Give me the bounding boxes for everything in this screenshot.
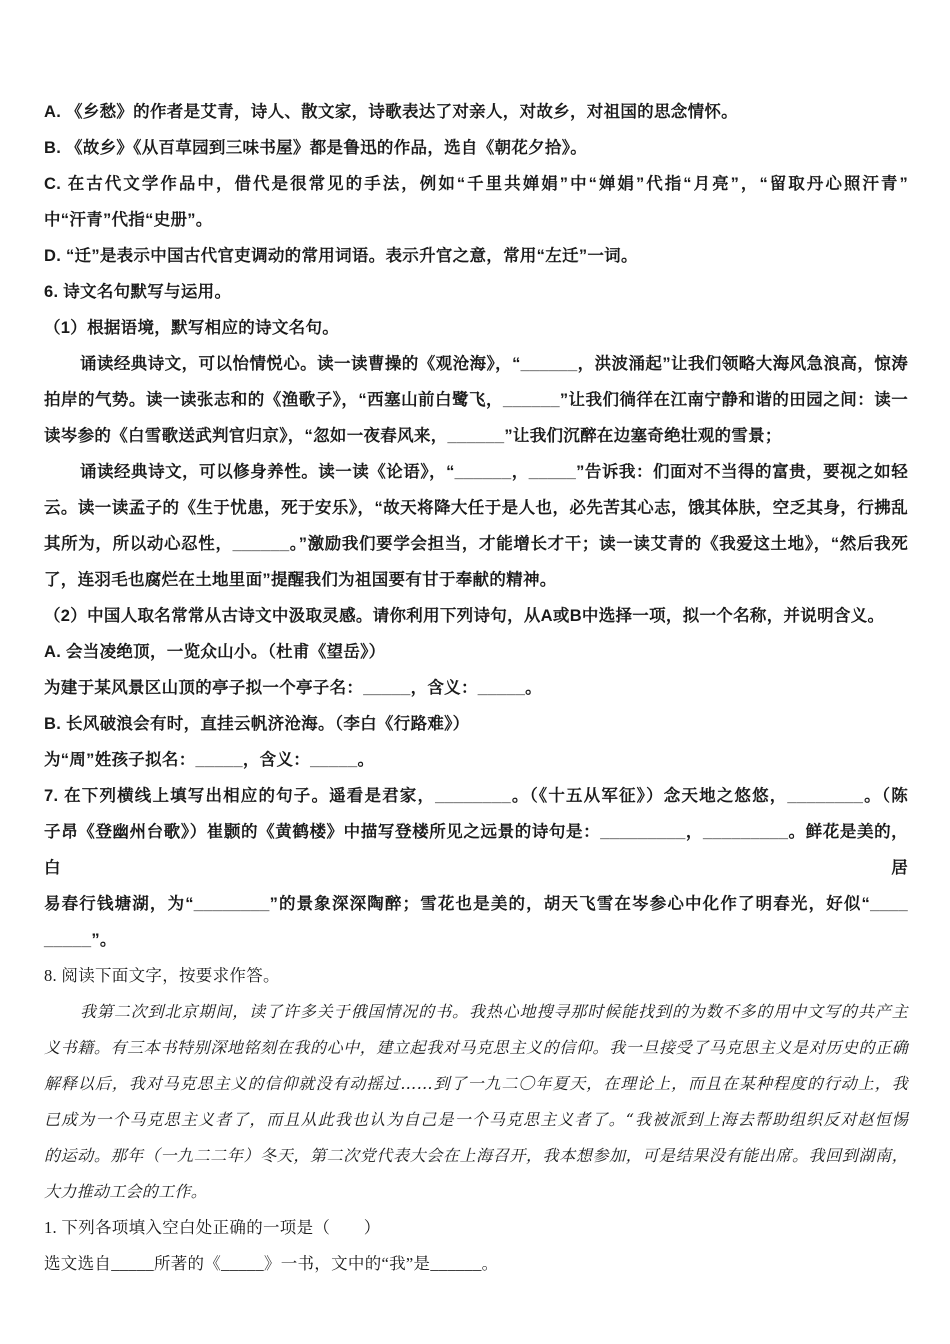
q6-passage-2-line-1: 诵读经典诗文，可以修身养性。读一读《论语》，“______，_____”告诉我：… — [44, 454, 908, 490]
q8-passage-line-4: 已成为一个马克思主义者了，而且从此我也认为自己是一个马克思主义者了。“我被派到上… — [44, 1102, 908, 1138]
q6-passage-1-line-3: 读岑参的《白雪歌送武判官归京》，“忽如一夜春风来，______”让我们沉醉在边塞… — [44, 418, 908, 454]
q6-option-a-task: 为建于某风景区山顶的亭子拟一个亭子名：_____，含义：_____。 — [44, 670, 908, 706]
q6-part-1-title: （1）根据语境，默写相应的诗文名句。 — [44, 310, 908, 346]
document-body: A. 《乡愁》的作者是艾青，诗人、散文家，诗歌表达了对亲人，对故乡，对祖国的思念… — [44, 94, 908, 1282]
q6-option-b-task: 为“周”姓孩子拟名：_____，含义：_____。 — [44, 742, 908, 778]
q8-passage-line-6: 大力推动工会的工作。 — [44, 1174, 908, 1210]
q8-sub-question-1: 1. 下列各项填入空白处正确的一项是（ ） — [44, 1210, 908, 1246]
question-6-title: 6. 诗文名句默写与运用。 — [44, 274, 908, 310]
q8-passage-line-2: 义书籍。有三本书特别深地铭刻在我的心中，建立起我对马克思主义的信仰。我一旦接受了… — [44, 1030, 908, 1066]
exam-paper-page: A. 《乡愁》的作者是艾青，诗人、散文家，诗歌表达了对亲人，对故乡，对祖国的思念… — [0, 0, 950, 1344]
q6-passage-1-line-2: 拍岸的气势。读一读张志和的《渔歌子》，“西塞山前白鹭飞，______”让我们徜徉… — [44, 382, 908, 418]
option-d: D. “迁”是表示中国古代官吏调动的常用词语。表示升官之意，常用“左迁”一词。 — [44, 238, 908, 274]
question-7-line-1: 7. 在下列横线上填写出相应的句子。遥看是君家，________。（《十五从军征… — [44, 778, 908, 814]
option-c-line-2: 中“汗青”代指“史册”。 — [44, 202, 908, 238]
q8-sub-question-1-blanks: 选文选自_____所著的《_____》一书，文中的“我”是______。 — [44, 1246, 908, 1282]
q6-option-a-poem: A. 会当凌绝顶，一览众山小。（杜甫《望岳》） — [44, 634, 908, 670]
q6-passage-2-line-2: 云。读一读孟子的《生于忧患，死于安乐》，“故天将降大任于是人也，必先苦其心志，饿… — [44, 490, 908, 526]
q6-passage-1-line-1: 诵读经典诗文，可以怡情悦心。读一读曹操的《观沧海》，“______，洪波涌起”让… — [44, 346, 908, 382]
question-7-line-2: 子昂《登幽州台歌》）崔颢的《黄鹤楼》中描写登楼所见之远景的诗句是：_______… — [44, 814, 908, 886]
question-7-line-3: 易春行钱塘湖，为“________”的景象深深陶醉；雪花也是美的，胡天飞雪在岑参… — [44, 886, 908, 922]
q6-option-b-poem: B. 长风破浪会有时，直挂云帆济沧海。（李白《行路难》） — [44, 706, 908, 742]
q8-passage-line-3: 解释以后，我对马克思主义的信仰就没有动摇过……到了一九二〇年夏天，在理论上，而且… — [44, 1066, 908, 1102]
q6-passage-2-line-4: 了，连羽毛也腐烂在土地里面”提醒我们为祖国要有甘于奉献的精神。 — [44, 562, 908, 598]
q6-passage-2-line-3: 其所为，所以动心忍性，______。”激励我们要学会担当，才能增长才干；读一读艾… — [44, 526, 908, 562]
option-a: A. 《乡愁》的作者是艾青，诗人、散文家，诗歌表达了对亲人，对故乡，对祖国的思念… — [44, 94, 908, 130]
q6-part-2-title: （2）中国人取名常常从古诗文中汲取灵感。请你利用下列诗句，从A或B中选择一项，拟… — [44, 598, 908, 634]
q8-passage-line-1: 我第二次到北京期间，读了许多关于俄国情况的书。我热心地搜寻那时候能找到的为数不多… — [44, 994, 908, 1030]
option-b: B. 《故乡》《从百草园到三味书屋》都是鲁迅的作品，选自《朝花夕拾》。 — [44, 130, 908, 166]
q8-passage-line-5: 的运动。那年（一九二二年）冬天，第二次党代表大会在上海召开，我本想参加，可是结果… — [44, 1138, 908, 1174]
question-8-title: 8. 阅读下面文字，按要求作答。 — [44, 958, 908, 994]
question-7-line-4: _____”。 — [44, 922, 908, 958]
option-c-line-1: C. 在古代文学作品中，借代是很常见的手法，例如“千里共婵娟”中“婵娟”代指“月… — [44, 166, 908, 202]
